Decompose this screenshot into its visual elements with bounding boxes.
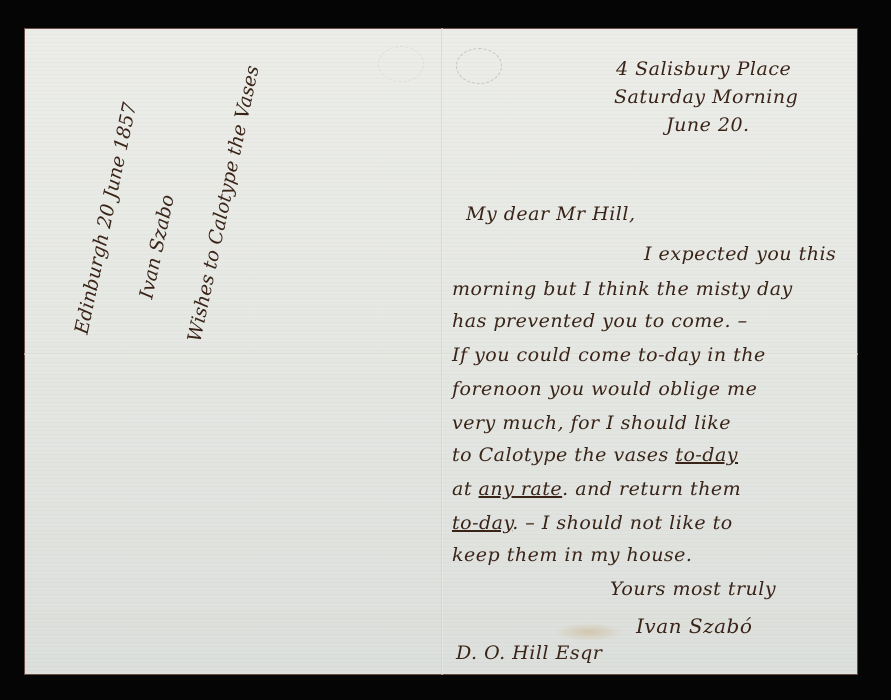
underlined-text: to-day <box>452 512 512 534</box>
body-line: keep them in my house. <box>452 544 692 566</box>
body-line: to-day. – I should not like to <box>452 512 733 534</box>
salutation: My dear Mr Hill, <box>466 203 636 225</box>
letter-date: June 20. <box>666 114 750 136</box>
body-line: has prevented you to come. – <box>452 310 748 332</box>
letter-sheet: Edinburgh 20 June 1857 Ivan Szabo Wishes… <box>24 28 858 675</box>
body-text: . and return them <box>562 478 741 500</box>
vertical-fold-line <box>441 28 443 675</box>
body-line: very much, for I should like <box>452 412 731 434</box>
body-text: to Calotype the vases <box>452 444 675 466</box>
body-line: morning but I think the misty day <box>452 278 793 300</box>
closing: Yours most truly <box>610 578 776 600</box>
embossed-stamp-faint <box>378 46 424 82</box>
body-line: I expected you this <box>644 243 836 265</box>
docket-note: Edinburgh 20 June 1857 Ivan Szabo Wishes… <box>54 37 280 363</box>
underlined-text: to-day <box>675 444 738 466</box>
embossed-stamp <box>456 48 502 84</box>
address-line-2: Saturday Morning <box>614 86 798 108</box>
body-line: If you could come to-day in the <box>452 344 766 366</box>
body-text: at <box>452 478 479 500</box>
address-line-1: 4 Salisbury Place <box>616 58 791 80</box>
body-line: forenoon you would oblige me <box>452 378 757 400</box>
addressee: D. O. Hill Esqr <box>456 642 602 664</box>
body-line: at any rate. and return them <box>452 478 741 500</box>
body-line: to Calotype the vases to-day <box>452 444 738 466</box>
body-text: . – I should not like to <box>512 512 732 534</box>
underlined-text: any rate <box>479 478 563 500</box>
signature: Ivan Szabó <box>636 614 752 638</box>
paper-stain <box>554 623 624 641</box>
